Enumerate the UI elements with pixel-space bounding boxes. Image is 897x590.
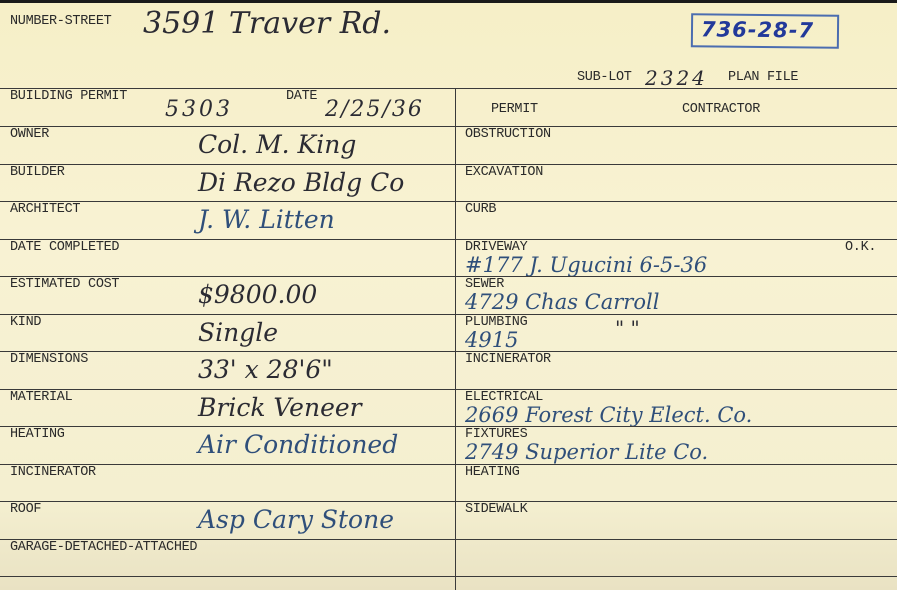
row-divider xyxy=(455,201,897,202)
row-divider xyxy=(455,276,897,277)
row-divider xyxy=(455,539,897,540)
field-label: HEATING xyxy=(10,427,65,442)
field-label: ARCHITECT xyxy=(10,202,80,217)
field-label: OBSTRUCTION xyxy=(465,127,551,142)
field-note: O.K. xyxy=(845,240,876,255)
row-divider xyxy=(0,501,456,502)
row-divider xyxy=(0,426,456,427)
contractor-header: CONTRACTOR xyxy=(682,102,760,117)
sub-lot-label: SUB-LOT xyxy=(577,70,632,85)
field-label: OWNER xyxy=(10,127,49,142)
field-label: EXCAVATION xyxy=(465,165,543,180)
field-value: Single xyxy=(198,318,278,347)
field-value: J. W. Litten xyxy=(198,205,335,234)
field-label: CURB xyxy=(465,202,496,217)
field-label: KIND xyxy=(10,315,41,330)
field-value: 2749 Superior Lite Co. xyxy=(465,440,708,464)
row-divider xyxy=(0,314,456,315)
file-number-stamp: 736-28-7 xyxy=(691,13,839,49)
field-value: 2669 Forest City Elect. Co. xyxy=(465,403,752,427)
file-number: 736-28-7 xyxy=(701,17,814,42)
field-value: Asp Cary Stone xyxy=(198,505,394,534)
row-divider xyxy=(0,126,456,127)
card-top-edge xyxy=(0,0,897,3)
building-permit-label: BUILDING PERMIT xyxy=(10,89,127,104)
field-label: HEATING xyxy=(465,465,520,480)
field-value: 4915 xyxy=(465,328,518,352)
field-label: INCINERATOR xyxy=(465,352,551,367)
permit-header: PERMIT xyxy=(491,102,538,117)
field-label: DATE COMPLETED xyxy=(10,240,119,255)
number-street-label: NUMBER-STREET xyxy=(10,14,111,29)
date-label: DATE xyxy=(286,89,317,104)
field-value: Di Rezo Bldg Co xyxy=(198,168,404,197)
plan-file-label: PLAN FILE xyxy=(728,70,798,85)
field-label: SIDEWALK xyxy=(465,502,527,517)
field-label: GARAGE-DETACHED-ATTACHED xyxy=(10,540,197,555)
row-divider xyxy=(0,576,897,577)
field-label: ESTIMATED COST xyxy=(10,277,119,292)
building-permit-value: 5303 xyxy=(165,97,233,122)
field-label: BUILDER xyxy=(10,165,65,180)
field-value: 4729 Chas Carroll xyxy=(465,290,659,314)
row-divider xyxy=(455,464,897,465)
field-label: DIMENSIONS xyxy=(10,352,88,367)
date-value: 2/25/36 xyxy=(325,97,424,122)
field-value: Air Conditioned xyxy=(198,430,398,459)
field-value: Brick Veneer xyxy=(198,393,362,422)
field-value: $9800.00 xyxy=(198,280,317,309)
building-permit-card: NUMBER-STREET 3591 Traver Rd. 736-28-7 S… xyxy=(0,0,897,590)
number-street-value: 3591 Traver Rd. xyxy=(143,6,391,41)
field-label: MATERIAL xyxy=(10,390,72,405)
sub-lot-value: 2324 xyxy=(645,66,708,90)
field-value: Col. M. King xyxy=(198,130,356,159)
row-divider xyxy=(0,164,456,165)
field-label: INCINERATOR xyxy=(10,465,96,480)
ditto-marks: " " xyxy=(615,316,640,340)
field-label: ROOF xyxy=(10,502,41,517)
field-value: 33' x 28'6" xyxy=(198,355,333,384)
field-value: #177 J. Ugucini 6-5-36 xyxy=(465,253,707,277)
